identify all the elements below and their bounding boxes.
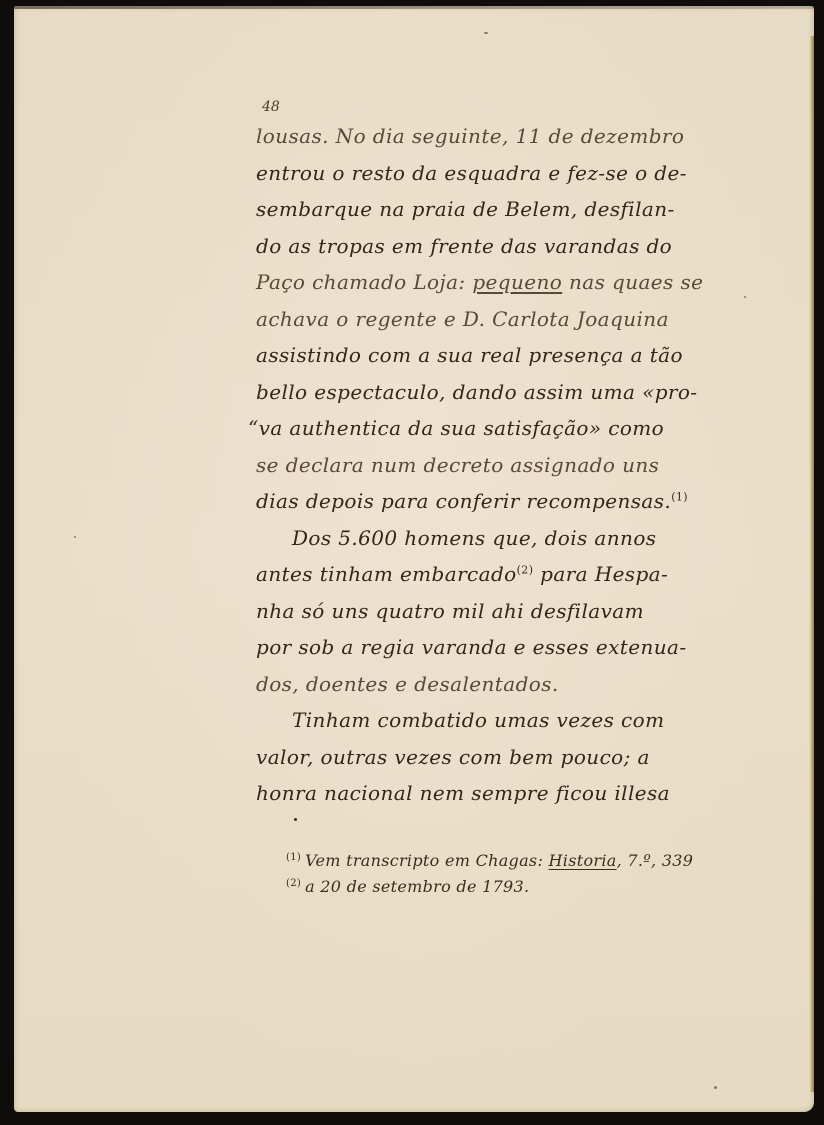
footnote-ref-1: (1) — [671, 490, 688, 503]
underlined-word-pequeno: pequeno — [472, 270, 562, 294]
text-line-5-a: Paço chamado Loja: — [256, 270, 472, 294]
text-line-1: lousas. No dia seguinte, 11 de dezembro — [256, 118, 736, 155]
quote-mark: “ — [248, 416, 259, 440]
paper-speck — [484, 32, 488, 34]
text-line-7: assistindo com a sua real presença a tão — [256, 337, 736, 374]
footnote-1: (1)Vem transcripto em Chagas: Historia, … — [286, 848, 746, 874]
text-line-11: dias depois para conferir recompensas.(1… — [256, 483, 736, 520]
text-line-18: valor, outras vezes com bem pouco; a — [256, 739, 736, 776]
paper-speck — [74, 536, 76, 538]
text-line-17: Tinham combatido umas vezes com — [256, 702, 736, 739]
text-line-5-b: nas quaes se — [562, 270, 703, 294]
footnote-1-mark: (1) — [286, 852, 301, 863]
text-line-8: bello espectaculo, dando assim uma «pro- — [256, 374, 736, 411]
text-line-5: Paço chamado Loja: pequeno nas quaes se — [256, 264, 736, 301]
text-line-2: entrou o resto da esquadra e fez-se o de… — [256, 155, 736, 192]
text-line-11-text: dias depois para conferir recompensas. — [256, 489, 671, 513]
text-line-16: dos, doentes e desalentados. — [256, 666, 736, 703]
text-line-12: Dos 5.600 homens que, dois annos — [256, 520, 736, 557]
text-line-9-text: va authentica da sua satisfação» como — [259, 416, 664, 440]
text-line-15: por sob a regia varanda e esses extenua- — [256, 629, 736, 666]
footnotes: (1)Vem transcripto em Chagas: Historia, … — [286, 848, 746, 900]
page-number: 48 — [262, 96, 736, 118]
text-line-3: sembarque na praia de Belem, desfilan- — [256, 191, 736, 228]
text-line-13-b: para Hespa- — [533, 562, 668, 586]
text-line-19: honra nacional nem sempre ficou illesa — [256, 775, 736, 812]
text-line-14: nha só uns quatro mil ahi desfilavam — [256, 593, 736, 630]
footnote-ref-2: (2) — [517, 563, 534, 576]
footnote-2: (2)a 20 de setembro de 1793. — [286, 874, 746, 900]
footnote-1-b: , 7.º, 339 — [617, 851, 694, 870]
footnote-2-mark: (2) — [286, 878, 301, 889]
paper-speck — [744, 296, 746, 298]
footnote-1-a: Vem transcripto em Chagas: — [305, 851, 548, 870]
text-line-4: do as tropas em frente das varandas do — [256, 228, 736, 265]
text-line-10: se declara num decreto assignado uns — [256, 447, 736, 484]
paper-speck — [714, 1086, 717, 1089]
footnote-2-text: a 20 de setembro de 1793. — [305, 877, 529, 896]
text-line-9: “va authentica da sua satisfação» como — [248, 410, 736, 447]
scan-frame: 48 lousas. No dia seguinte, 11 de dezemb… — [0, 0, 824, 1125]
text-line-13: antes tinham embarcado(2) para Hespa- — [256, 556, 736, 593]
footnote-1-underlined: Historia — [549, 851, 617, 870]
manuscript-body: 48 lousas. No dia seguinte, 11 de dezemb… — [256, 96, 736, 842]
stray-ink-dot — [256, 812, 736, 842]
text-line-13-a: antes tinham embarcado — [256, 562, 517, 586]
text-line-6: achava o regente e D. Carlota Joaquina — [256, 301, 736, 338]
